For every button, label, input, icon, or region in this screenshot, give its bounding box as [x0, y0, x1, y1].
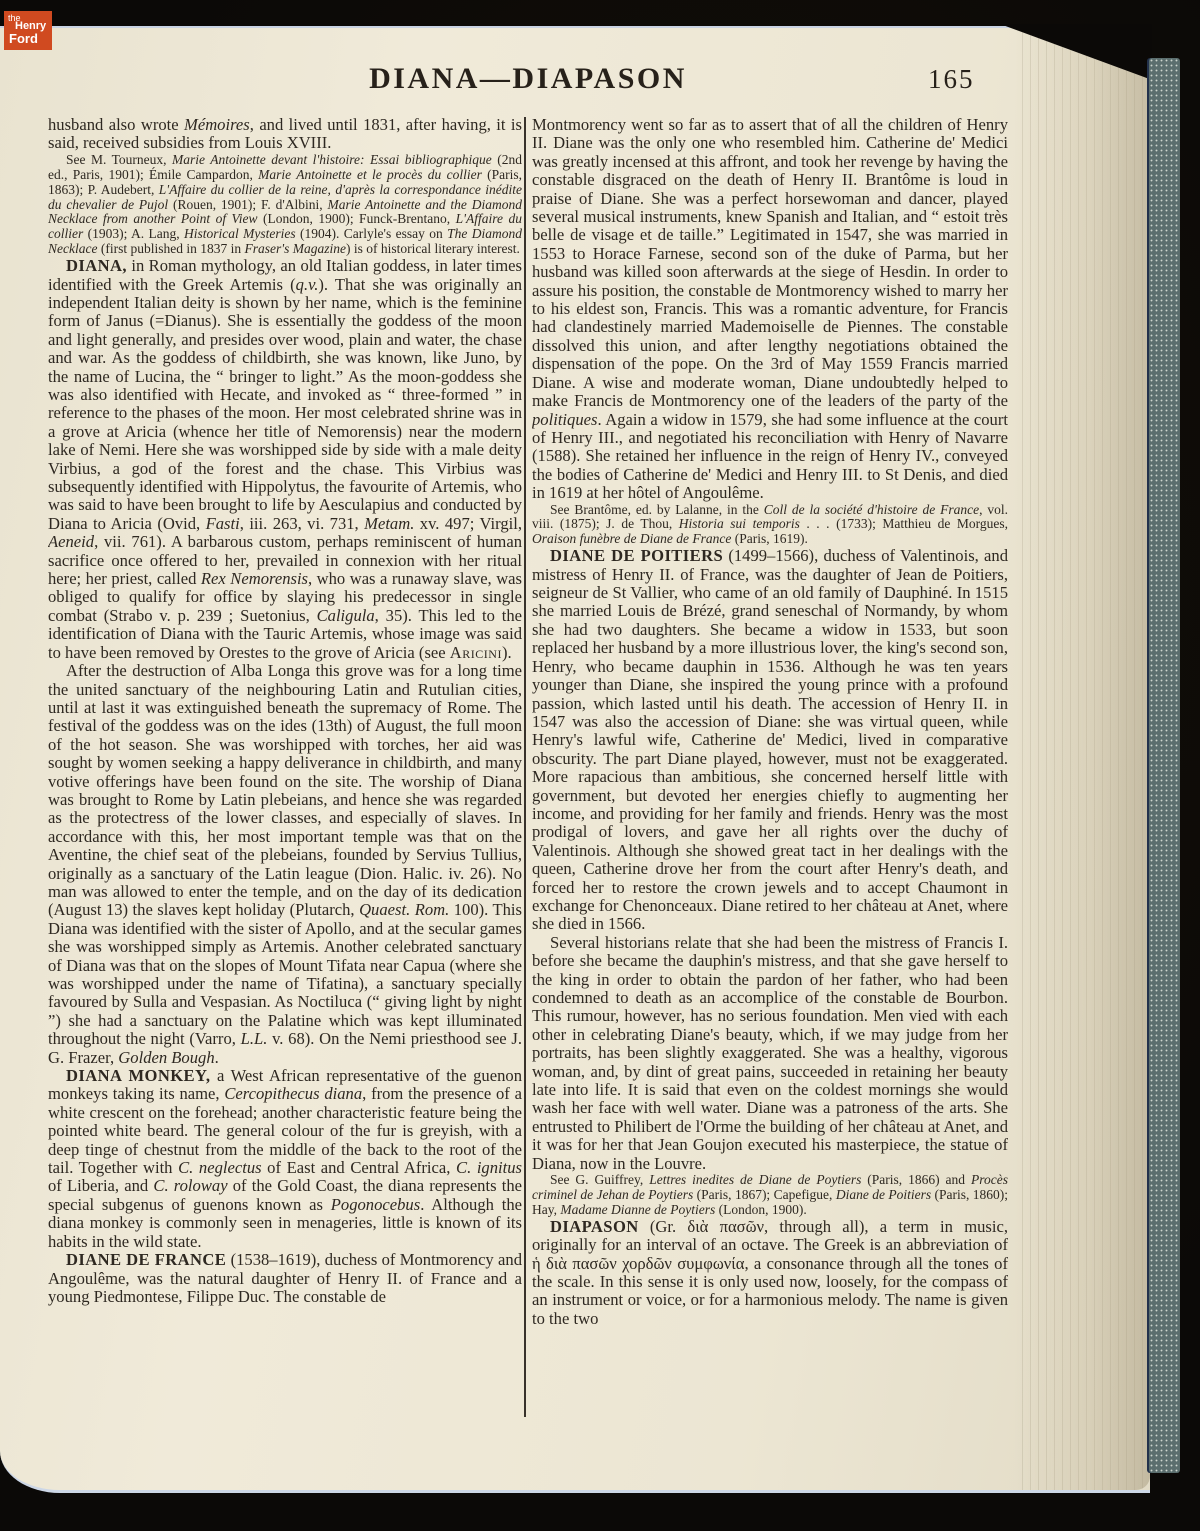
paragraph-several-historians: Several historians relate that she had b… — [532, 934, 1008, 1173]
book-photo-background: the Henry Ford DIANA—DIAPASON 165 husban… — [0, 0, 1200, 1531]
column-divider-rule — [524, 117, 526, 1417]
paragraph-memoires: husband also wrote Mémoires, and lived u… — [48, 116, 522, 153]
left-column: husband also wrote Mémoires, and lived u… — [48, 116, 522, 1438]
page-number: 165 — [928, 66, 975, 93]
paragraph-alba-longa: After the destruction of Alba Longa this… — [48, 662, 522, 1067]
footnote-marie-antoinette: See M. Tourneux, Marie Antoinette devant… — [48, 153, 522, 257]
entry-diane-de-poitiers: DIANE DE POITIERS (1499–1566), duchess o… — [532, 547, 1008, 934]
entry-diane-de-france: DIANE DE FRANCE (1538–1619), duchess of … — [48, 1251, 522, 1306]
book-cover-cloth-edge — [1149, 58, 1180, 1473]
logo-text-ford: Ford — [9, 32, 38, 45]
entry-diana-monkey: DIANA MONKEY, a West African representat… — [48, 1067, 522, 1251]
page-fore-edge — [1015, 28, 1150, 1490]
entry-diapason: DIAPASON (Gr. διὰ πασῶν, through all), a… — [532, 1218, 1008, 1328]
right-column: Montmorency went so far as to assert tha… — [532, 116, 1008, 1450]
paragraph-diane-de-france-cont: Montmorency went so far as to assert tha… — [532, 116, 1008, 503]
footnote-guiffrey: See G. Guiffrey, Lettres inedites de Dia… — [532, 1173, 1008, 1218]
entry-diana: DIANA, in Roman mythology, an old Italia… — [48, 257, 522, 662]
page-header-title: DIANA—DIAPASON — [48, 64, 1008, 94]
henry-ford-logo: the Henry Ford — [4, 11, 52, 50]
footnote-brantome: See Brantôme, ed. by Lalanne, in the Col… — [532, 503, 1008, 548]
